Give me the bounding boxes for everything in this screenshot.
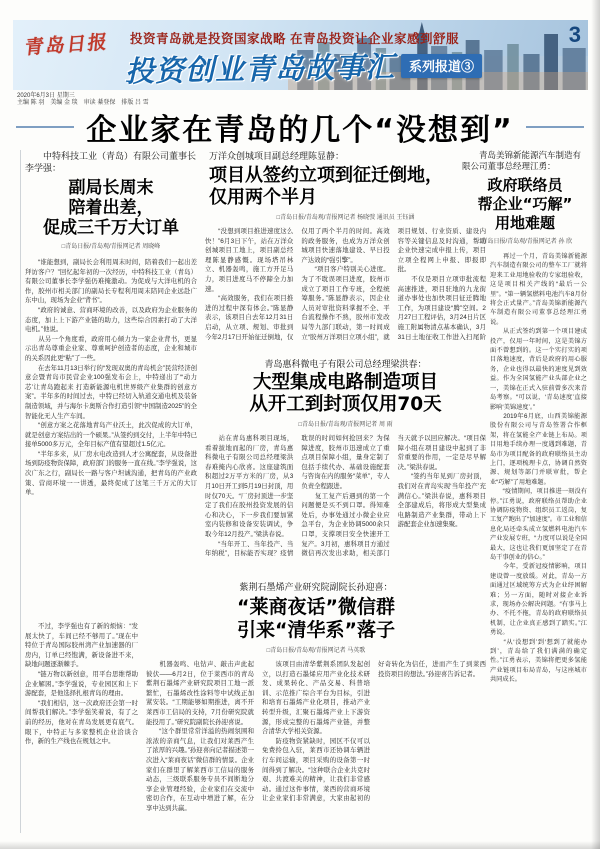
banner: 青岛日报 投资青岛就是投资国家战略 在青岛投资让企业家感到舒服 投资创业青岛故事… <box>13 20 588 90</box>
article-headline: 项目从签约立项到征迁倒地， 仅用两个半月 <box>209 165 486 209</box>
article-zhongte: 中特科技工业（青岛）有限公司董事长李学强： 副局长周末 陪着出差， 促成三千万大… <box>25 150 197 618</box>
article-byline: □青岛日报/青岛观/青报网记者 马英歌 <box>146 645 486 654</box>
article-headline: 政府联络员 帮企业“巧解” 用地难题 <box>462 176 588 233</box>
page-edge-shadow-bottom <box>0 841 600 849</box>
article-kicker: 中特科技工业（青岛）有限公司董事长李学强： <box>25 150 197 174</box>
article-kicker: 紫荆石墨烯产业研究院副院长孙迎喜： <box>146 581 486 593</box>
article-body: 站在青岛惠科项目现场，看着拔地而起的厂房，青岛惠科微电子有限公司总经理梁洪春难掩… <box>205 434 486 562</box>
article-byline: □青岛日报/青岛观/青报网记者 周 雨 <box>205 419 486 428</box>
series-title: 投资创业青岛故事汇 <box>125 45 396 90</box>
article-body: 机器轰鸣、电钻声、敲击声此起彼伏——6月2日，位于莱西市的青岛紫荆石墨烯产业研究… <box>146 660 486 822</box>
article-laishang: 紫荆石墨烯产业研究院副院长孙迎喜： “莱商夜话”微信群 引来“清华系”落子 □青… <box>146 581 486 833</box>
newspaper-page: 青岛日报 投资青岛就是投资国家战略 在青岛投资让企业家感到舒服 投资创业青岛故事… <box>0 0 600 849</box>
series-badge: 系列报道③ <box>401 54 482 78</box>
main-headline: 企业家在青岛的几个“没想到” <box>0 105 600 149</box>
masthead-logo: 青岛日报 <box>24 27 111 60</box>
article-body: 再过一个月，青岛美锦新能源汽车制造有限公司的整车工厂就将迎来工业用地验收的专家组… <box>490 252 587 822</box>
banner-slogan: 投资青岛就是投资国家战略 在青岛投资让企业家感到舒服 <box>130 29 459 47</box>
article-huike: 青岛惠科微电子有限公司总经理梁洪春： 大型集成电路制造项目 从开工到封顶仅用70… <box>205 358 486 578</box>
date-text: 2020年6月3日 星期三 <box>17 93 149 100</box>
article-headline: “莱商夜话”微信群 引来“清华系”落子 <box>146 596 486 642</box>
article-zhongte-continued: 不过，李学强也有了新的烦恼：“发展太快了，车间已经不够用了。”现在中特位于青岛国… <box>25 622 138 833</box>
article-byline: □青岛日报/青岛观/青报网记者 杨晓弢 通讯员 王钰涵 <box>205 212 486 221</box>
page-number: 3 <box>569 22 581 48</box>
article-body: “没想到项目推进速度这么快！”6月3日下午，站在万洋众创城项目工地上，项目副总经… <box>205 227 486 343</box>
article-kicker: 青岛美锦新能源汽车制造有限公司董事总经理江勇： <box>462 150 588 172</box>
article-headline: 大型集成电路制造项目 从开工到封顶仅用70天 <box>205 372 486 416</box>
article-headline: 副局长周末 陪着出差， 促成三千万大订单 <box>25 178 197 238</box>
article-byline: □青岛日报/青岛观/青报网记者 周晓峰 <box>25 241 197 250</box>
left-column-rule <box>20 150 21 833</box>
article-body: “谁能想到，副局长会利用周末时间，陪着我们一起出差拜访客户？”回忆起年初的一次经… <box>25 258 197 618</box>
headline-rule-right <box>526 126 584 128</box>
article-wanyang: 万洋众创城项目副总经理陈显静： 项目从签约立项到征迁倒地， 仅用两个半月 □青岛… <box>205 150 486 355</box>
article-byline: □青岛日报/青岛观/青报网记者 孙 欣 <box>462 236 588 245</box>
page-edge-shadow-right <box>591 0 600 849</box>
article-kicker: 万洋众创城项目副总经理陈显静： <box>209 150 486 162</box>
article-kicker: 青岛惠科微电子有限公司总经理梁洪春： <box>205 358 486 370</box>
series-title-row: 投资创业青岛故事汇系列报道③ <box>125 47 482 88</box>
article-meijin: 青岛美锦新能源汽车制造有限公司董事总经理江勇： 政府联络员 帮企业“巧解” 用地… <box>462 150 588 833</box>
